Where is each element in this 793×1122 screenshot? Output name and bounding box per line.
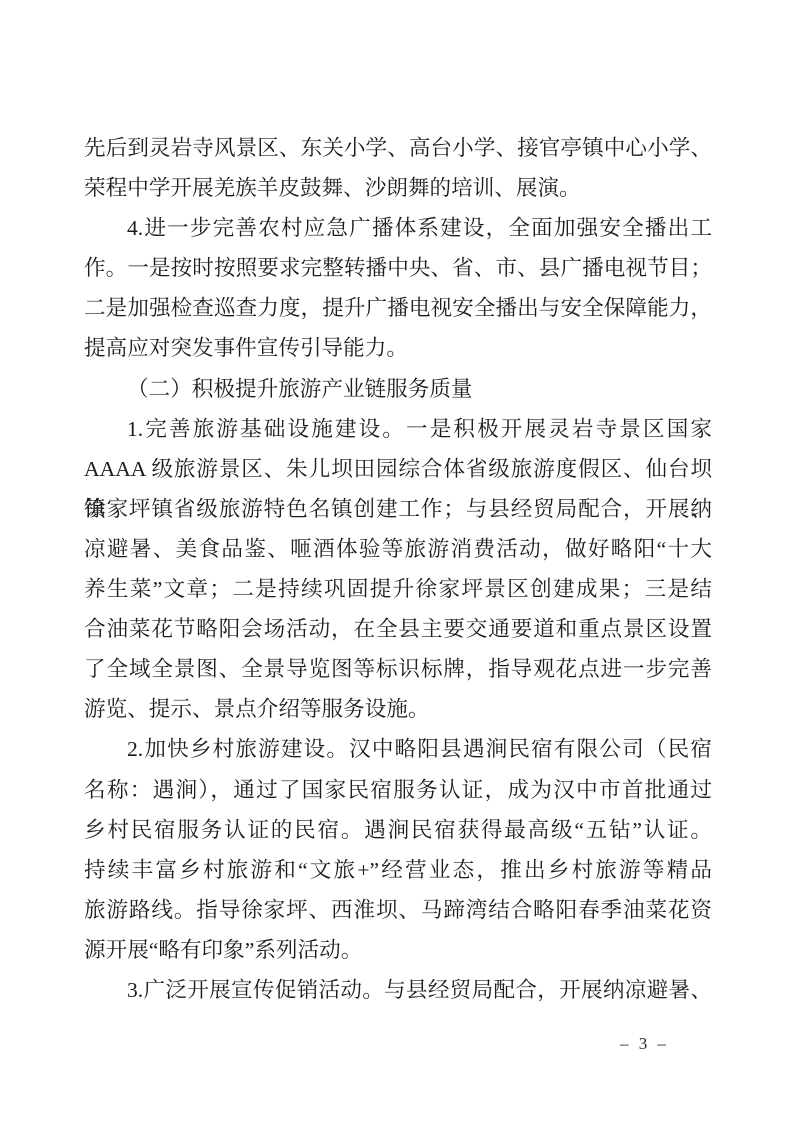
text-line: 游览、提示、景点介绍等服务设施。: [84, 689, 712, 729]
text-line: 源开展“略有印象”系列活动。: [84, 930, 712, 970]
text-line: 1.完善旅游基础设施建设。一是积极开展灵岩寺景区国家: [84, 409, 712, 449]
page-number: – 3 –: [620, 1034, 669, 1054]
text-line: 乡村民宿服务认证的民宿。遇涧民宿获得最高级“五钻”认证。: [84, 810, 712, 850]
text-line: 先后到灵岩寺风景区、东关小学、高台小学、接官亭镇中心小学、: [84, 128, 712, 168]
document-page: 先后到灵岩寺风景区、东关小学、高台小学、接官亭镇中心小学、荣程中学开展羌族羊皮鼓…: [0, 0, 793, 1122]
text-line: AAAA 级旅游景区、朱儿坝田园综合体省级旅游度假区、仙台坝镇、: [84, 449, 712, 489]
text-line: 合油菜花节略阳会场活动，在全县主要交通要道和重点景区设置: [84, 609, 712, 649]
text-line: 荣程中学开展羌族羊皮鼓舞、沙朗舞的培训、展演。: [84, 168, 712, 208]
text-line: 了全域全景图、全景导览图等标识标牌，指导观花点进一步完善: [84, 649, 712, 689]
text-line: 徐家坪镇省级旅游特色名镇创建工作；与县经贸局配合，开展纳: [84, 489, 712, 529]
text-line: 3.广泛开展宣传促销活动。与县经贸局配合，开展纳凉避暑、: [84, 970, 712, 1010]
section-heading: （二）积极提升旅游产业链服务质量: [84, 369, 712, 409]
text-line: 提高应对突发事件宣传引导能力。: [84, 328, 712, 368]
text-line: 养生菜”文章；二是持续巩固提升徐家坪景区创建成果；三是结: [84, 569, 712, 609]
text-line: 凉避暑、美食品鉴、咂酒体验等旅游消费活动，做好略阳“十大: [84, 529, 712, 569]
document-body: 先后到灵岩寺风景区、东关小学、高台小学、接官亭镇中心小学、荣程中学开展羌族羊皮鼓…: [84, 128, 712, 1010]
text-line: 名称：遇涧），通过了国家民宿服务认证，成为汉中市首批通过: [84, 770, 712, 810]
text-line: 作。一是按时按照要求完整转播中央、省、市、县广播电视节目；: [84, 248, 712, 288]
text-line: 持续丰富乡村旅游和“文旅+”经营业态，推出乡村旅游等精品: [84, 850, 712, 890]
text-line: 4.进一步完善农村应急广播体系建设，全面加强安全播出工: [84, 208, 712, 248]
text-line: 旅游路线。指导徐家坪、西淮坝、马蹄湾结合略阳春季油菜花资: [84, 890, 712, 930]
text-line: 二是加强检查巡查力度，提升广播电视安全播出与安全保障能力，: [84, 288, 712, 328]
text-line: 2.加快乡村旅游建设。汉中略阳县遇涧民宿有限公司（民宿: [84, 729, 712, 769]
